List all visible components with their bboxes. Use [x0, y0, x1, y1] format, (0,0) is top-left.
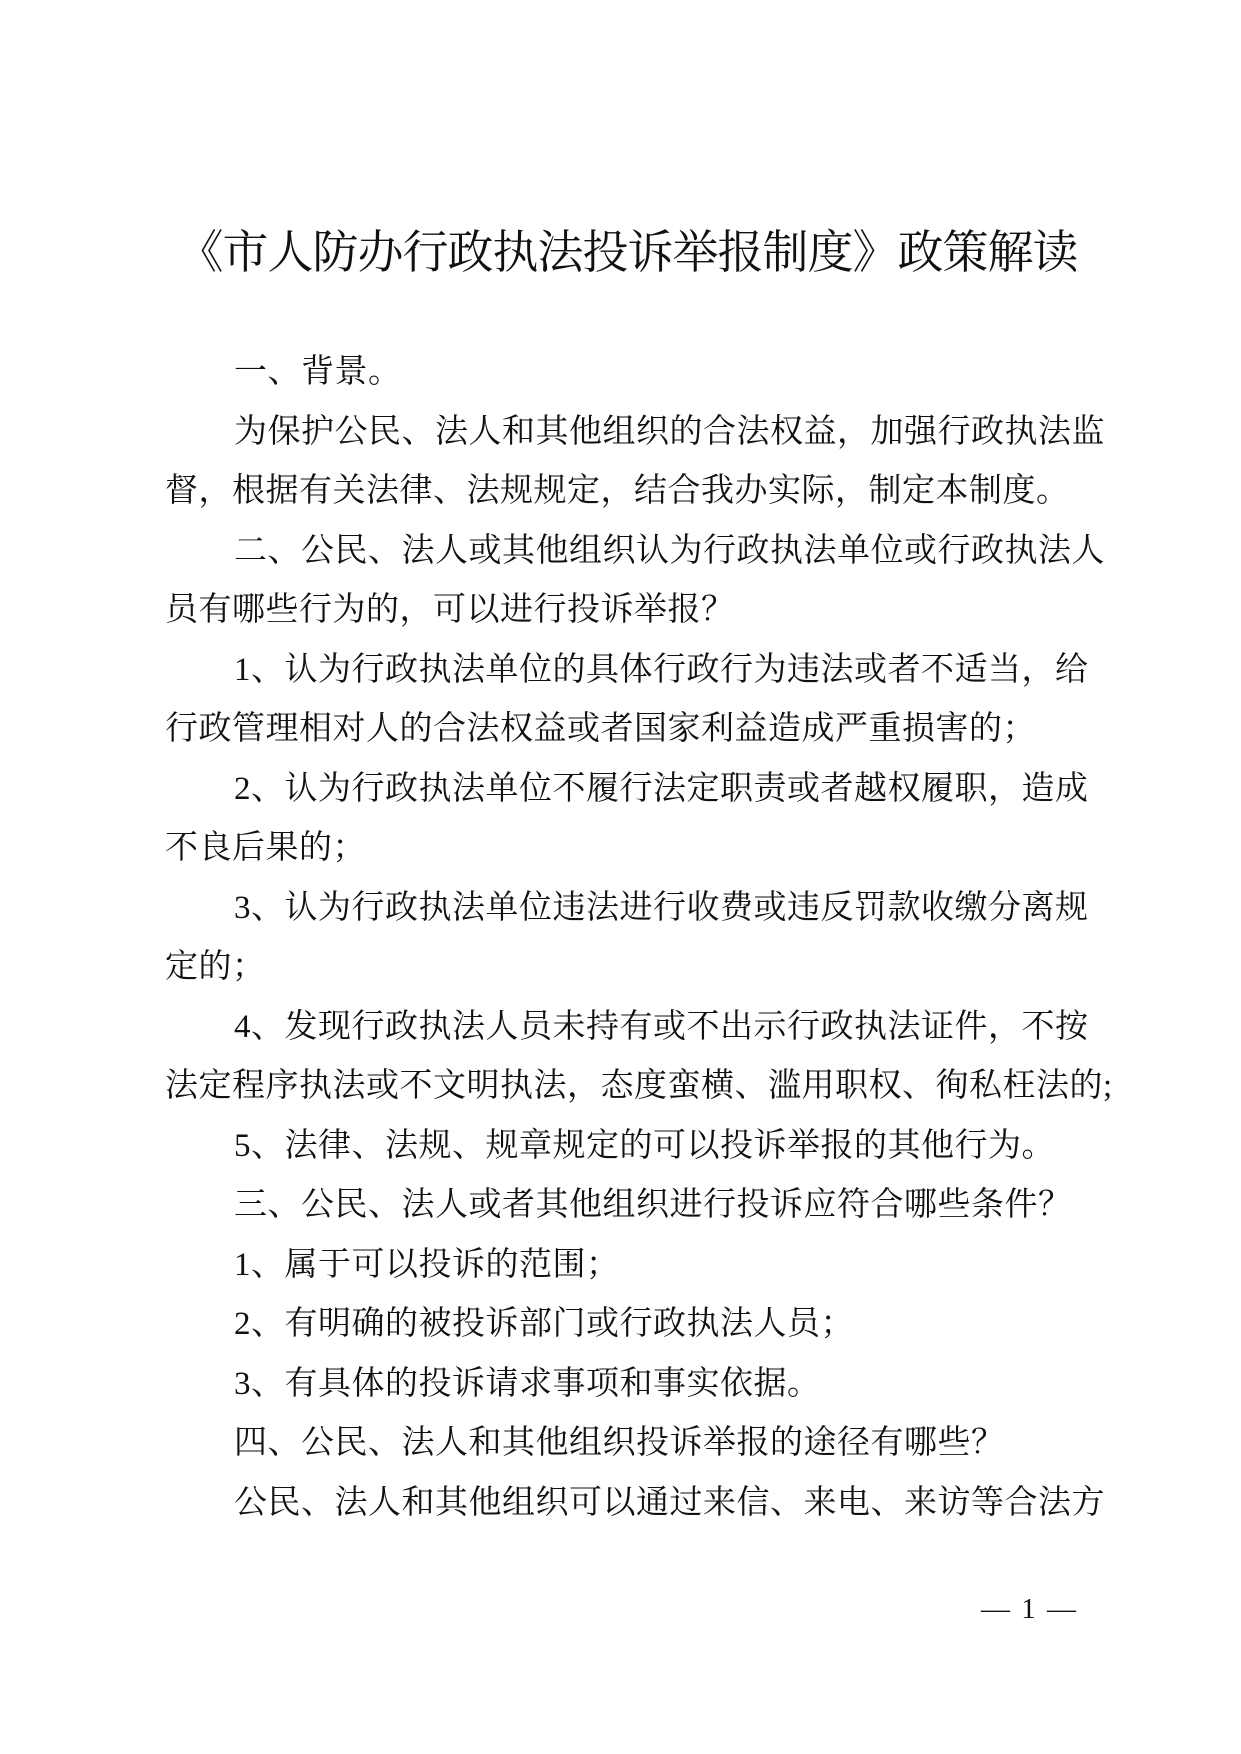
body-line-12: 4、发现行政执法人员未持有或不出示行政执法证件，不按 — [165, 998, 1090, 1058]
document-body: 一、背景。 为保护公民、法人和其他组织的合法权益，加强行政执法监 督，根据有关法… — [165, 343, 1090, 1533]
body-line-1: 一、背景。 — [165, 343, 1090, 403]
body-line-4: 二、公民、法人或其他组织认为行政执法单位或行政执法人 — [165, 522, 1090, 582]
body-line-10: 3、认为行政执法单位违法进行收费或违反罚款收缴分离规 — [165, 879, 1090, 939]
body-line-20: 公民、法人和其他组织可以通过来信、来电、来访等合法方 — [165, 1474, 1090, 1534]
body-line-9: 不良后果的； — [165, 819, 1090, 879]
body-line-6: 1、认为行政执法单位的具体行政行为违法或者不适当，给 — [165, 641, 1090, 701]
page-number: — 1 — — [165, 1593, 1078, 1626]
body-line-17: 2、有明确的被投诉部门或行政执法人员； — [165, 1295, 1090, 1355]
body-line-8: 2、认为行政执法单位不履行法定职责或者越权履职，造成 — [165, 760, 1090, 820]
body-line-3: 督，根据有关法律、法规规定，结合我办实际，制定本制度。 — [165, 462, 1090, 522]
body-line-11: 定的； — [165, 938, 1090, 998]
body-line-15: 三、公民、法人或者其他组织进行投诉应符合哪些条件？ — [165, 1176, 1090, 1236]
body-line-13: 法定程序执法或不文明执法，态度蛮横、滥用职权、徇私枉法的; — [165, 1057, 1090, 1117]
body-line-2: 为保护公民、法人和其他组织的合法权益，加强行政执法监 — [165, 403, 1090, 463]
body-line-7: 行政管理相对人的合法权益或者国家利益造成严重损害的； — [165, 700, 1090, 760]
document-page: 《市人防办行政执法投诉举报制度》政策解读 一、背景。 为保护公民、法人和其他组织… — [0, 0, 1241, 1754]
body-line-19: 四、公民、法人和其他组织投诉举报的途径有哪些？ — [165, 1414, 1090, 1474]
body-line-5: 员有哪些行为的，可以进行投诉举报？ — [165, 581, 1090, 641]
body-line-16: 1、属于可以投诉的范围； — [165, 1236, 1090, 1296]
body-line-18: 3、有具体的投诉请求事项和事实依据。 — [165, 1355, 1090, 1415]
document-title: 《市人防办行政执法投诉举报制度》政策解读 — [165, 216, 1090, 282]
body-line-14: 5、法律、法规、规章规定的可以投诉举报的其他行为。 — [165, 1117, 1090, 1177]
